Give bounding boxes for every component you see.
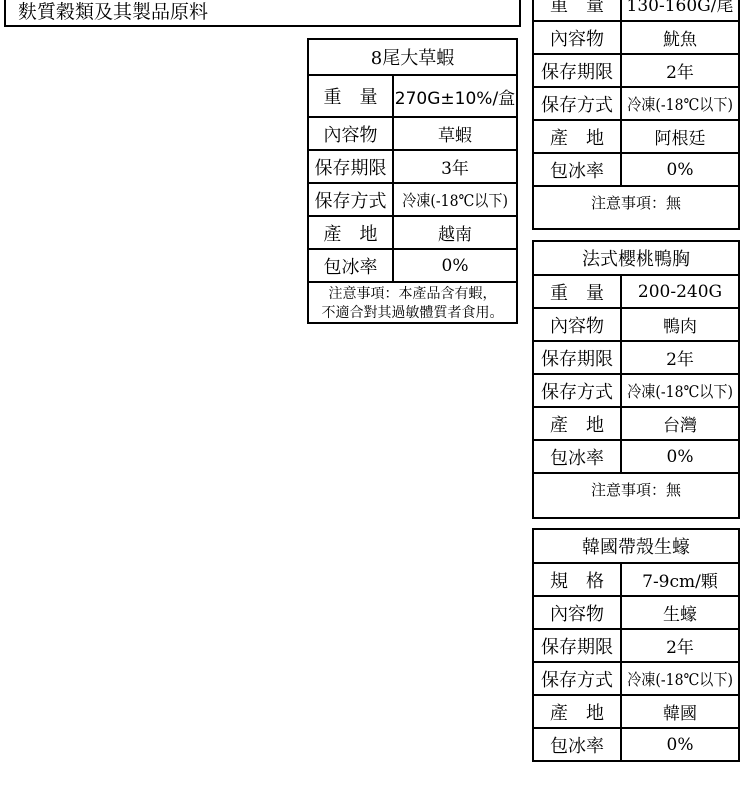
spec-row-storage: 保存方式 冷凍(-18℃以下)	[534, 661, 738, 694]
spec-row-origin: 產 地 越南	[309, 215, 516, 248]
spec-label: 包冰率	[534, 441, 622, 472]
spec-label: 產 地	[534, 408, 622, 439]
spec-label: 規 格	[534, 564, 622, 595]
spec-row-size: 規 格 7-9cm/顆	[534, 562, 738, 595]
spec-value: 阿根廷	[622, 121, 738, 152]
spec-label: 產 地	[309, 217, 394, 248]
spec-label: 內容物	[534, 597, 622, 628]
spec-note-line: 不適合對其過敏體質者食用。	[309, 304, 516, 323]
spec-row-weight: 重 量 270G±10%/盒	[309, 74, 516, 116]
spec-label: 保存期限	[309, 151, 394, 182]
spec-row-contents: 內容物 草蝦	[309, 116, 516, 149]
spec-value: 7-9cm/顆	[622, 564, 738, 595]
spec-label: 包冰率	[534, 154, 622, 185]
spec-table-title: 韓國帶殼生蠔	[534, 530, 738, 562]
spec-row-contents: 內容物 魷魚	[534, 20, 738, 53]
spec-value: 2年	[622, 55, 738, 86]
spec-table-title: 法式櫻桃鴨胸	[534, 242, 738, 274]
spec-row-glaze: 包冰率 0%	[534, 727, 738, 760]
spec-value: 3年	[394, 151, 516, 182]
spec-row-glaze: 包冰率 0%	[534, 152, 738, 185]
spec-row-glaze: 包冰率 0%	[534, 439, 738, 472]
spec-row-origin: 產 地 韓國	[534, 694, 738, 727]
spec-value: 2年	[622, 342, 738, 373]
spec-value: 270G±10%/盒	[394, 76, 516, 116]
spec-label: 產 地	[534, 696, 622, 727]
spec-value: 0%	[394, 250, 516, 281]
spec-row-shelf-life: 保存期限 2年	[534, 340, 738, 373]
spec-label: 重 量	[534, 276, 622, 307]
spec-label: 保存方式	[534, 375, 622, 406]
spec-table-oyster: 韓國帶殼生蠔 規 格 7-9cm/顆 內容物 生蠔 保存期限 2年 保存方式 冷…	[532, 528, 740, 762]
spec-note-line: 注意事項：本產品含有蝦，	[309, 285, 516, 304]
allergen-box: 麩質穀類及其製品原料	[4, 0, 521, 27]
spec-table-shrimp: 8尾大草蝦 重 量 270G±10%/盒 內容物 草蝦 保存期限 3年 保存方式…	[307, 38, 518, 324]
spec-row-storage: 保存方式 冷凍(-18℃以下)	[534, 373, 738, 406]
spec-value: 0%	[622, 154, 738, 185]
spec-label: 內容物	[309, 118, 394, 149]
spec-value: 冷凍(-18℃以下)	[394, 184, 516, 215]
spec-table-duck: 法式櫻桃鴨胸 重 量 200-240G 內容物 鴨肉 保存期限 2年 保存方式 …	[532, 240, 740, 519]
spec-value: 生蠔	[622, 597, 738, 628]
spec-value: 冷凍(-18℃以下)	[622, 663, 738, 694]
spec-row-contents: 內容物 生蠔	[534, 595, 738, 628]
spec-row-storage: 保存方式 冷凍(-18℃以下)	[534, 86, 738, 119]
spec-value: 台灣	[622, 408, 738, 439]
spec-row-contents: 內容物 鴨肉	[534, 307, 738, 340]
spec-value: 鴨肉	[622, 309, 738, 340]
allergen-box-text: 麩質穀類及其製品原料	[6, 2, 208, 25]
spec-value: 魷魚	[622, 22, 738, 53]
spec-note: 注意事項：本產品含有蝦， 不適合對其過敏體質者食用。	[309, 281, 516, 322]
spec-row-weight: 重 量 130-160G/尾	[534, 0, 738, 20]
spec-label: 內容物	[534, 309, 622, 340]
spec-value: 2年	[622, 630, 738, 661]
spec-label: 重 量	[309, 76, 394, 116]
spec-value: 韓國	[622, 696, 738, 727]
spec-value: 冷凍(-18℃以下)	[622, 88, 738, 119]
spec-note: 注意事項：無	[534, 472, 738, 517]
spec-row-weight: 重 量 200-240G	[534, 274, 738, 307]
spec-row-origin: 產 地 阿根廷	[534, 119, 738, 152]
spec-value: 200-240G	[622, 276, 738, 307]
spec-row-shelf-life: 保存期限 3年	[309, 149, 516, 182]
spec-value: 0%	[622, 729, 738, 760]
spec-row-storage: 保存方式 冷凍(-18℃以下)	[309, 182, 516, 215]
spec-label: 保存期限	[534, 342, 622, 373]
spec-row-glaze: 包冰率 0%	[309, 248, 516, 281]
spec-label: 保存方式	[534, 88, 622, 119]
spec-value: 冷凍(-18℃以下)	[622, 375, 738, 406]
spec-value: 草蝦	[394, 118, 516, 149]
spec-row-shelf-life: 保存期限 2年	[534, 53, 738, 86]
spec-table-squid: 重 量 130-160G/尾 內容物 魷魚 保存期限 2年 保存方式 冷凍(-1…	[532, 0, 740, 230]
spec-label: 保存期限	[534, 55, 622, 86]
spec-label: 保存方式	[309, 184, 394, 215]
spec-label: 保存方式	[534, 663, 622, 694]
spec-row-origin: 產 地 台灣	[534, 406, 738, 439]
spec-label: 內容物	[534, 22, 622, 53]
spec-label: 包冰率	[309, 250, 394, 281]
spec-value: 130-160G/尾	[622, 0, 738, 20]
spec-label: 保存期限	[534, 630, 622, 661]
spec-table-title: 8尾大草蝦	[309, 40, 516, 74]
document-page: 麩質穀類及其製品原料 8尾大草蝦 重 量 270G±10%/盒 內容物 草蝦 保…	[0, 0, 750, 799]
spec-note: 注意事項：無	[534, 185, 738, 228]
spec-value: 0%	[622, 441, 738, 472]
spec-label: 包冰率	[534, 729, 622, 760]
spec-value: 越南	[394, 217, 516, 248]
spec-row-shelf-life: 保存期限 2年	[534, 628, 738, 661]
spec-label: 重 量	[534, 0, 622, 20]
spec-label: 產 地	[534, 121, 622, 152]
